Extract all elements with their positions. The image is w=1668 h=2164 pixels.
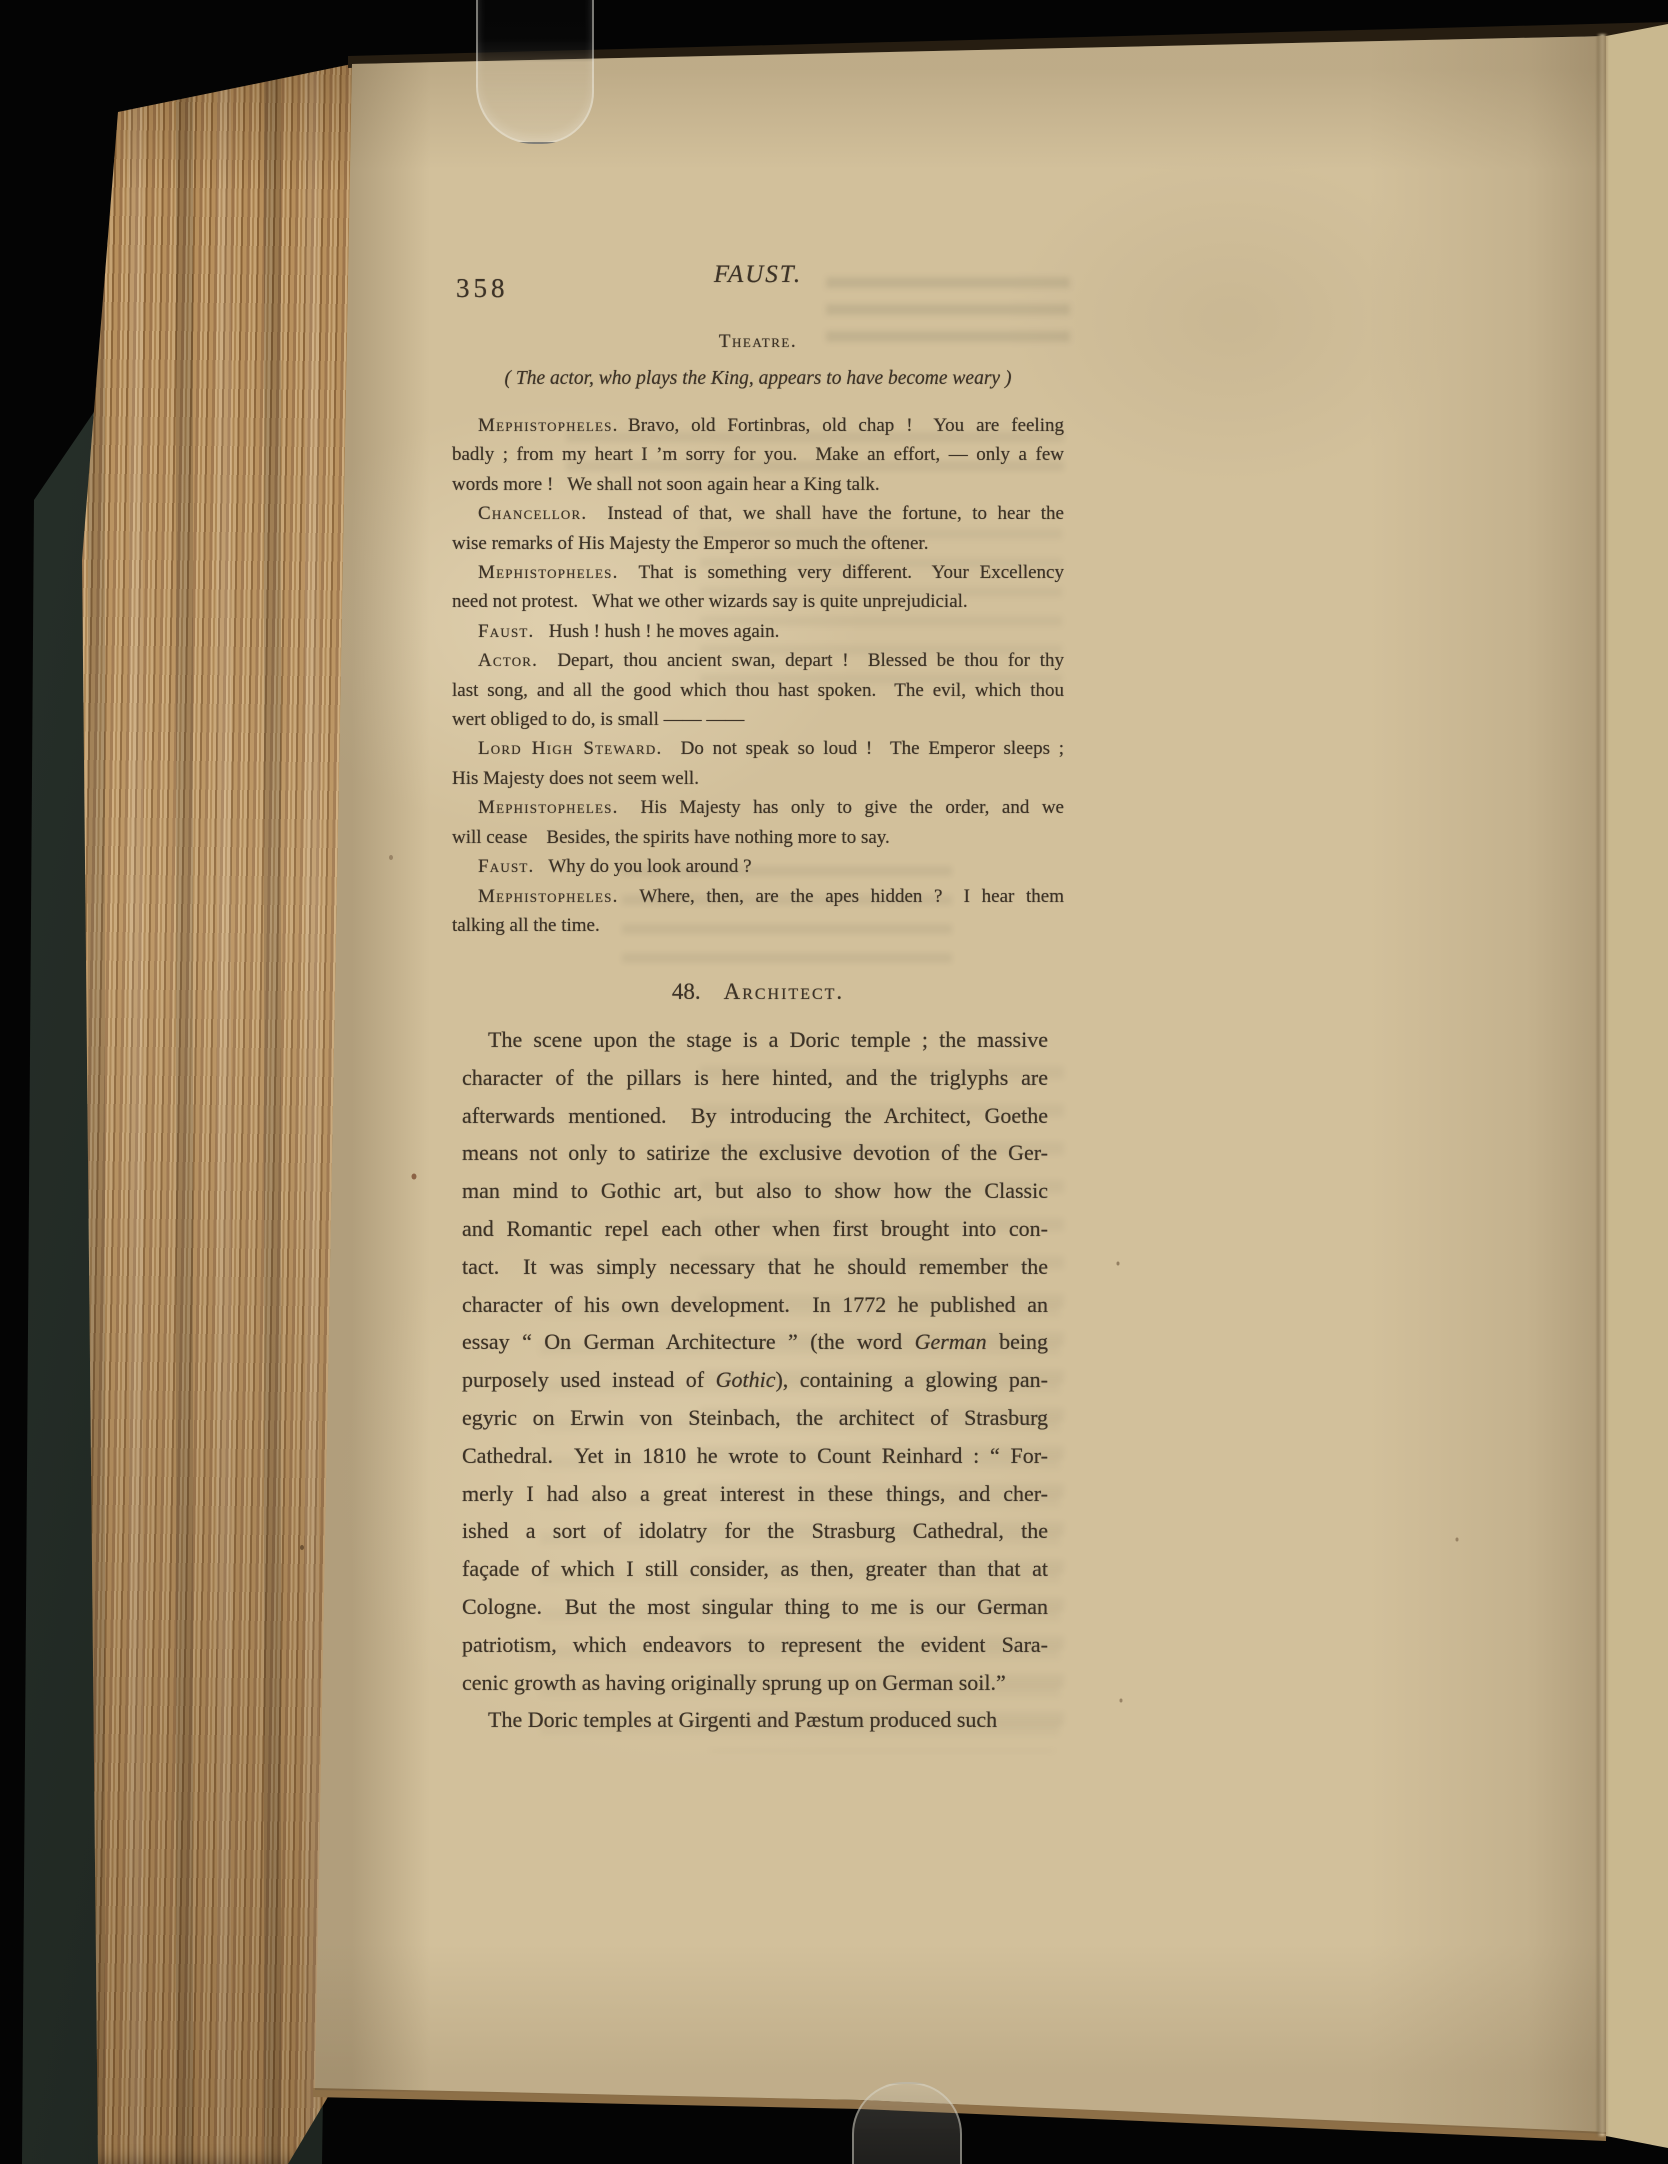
section-title: Architect. xyxy=(724,979,845,1004)
text-line: ished a sort of idolatry for the Strasbu… xyxy=(462,1512,1048,1550)
book-photo: 358 FAUST. Theatre. ( The actor, who pla… xyxy=(0,0,1668,2164)
text-line: egyric on Erwin von Steinbach, the archi… xyxy=(462,1399,1048,1437)
commentary-paragraph: The scene upon the stage is a Doric temp… xyxy=(462,1021,1048,1739)
stage-direction: ( The actor, who plays the King, appears… xyxy=(452,368,1064,390)
text-line: essay “ On German Architecture ” (the wo… xyxy=(462,1323,1048,1361)
section-heading: 48. Architect. xyxy=(452,979,1064,1005)
text-line: Cathedral. Yet in 1810 he wrote to Count… xyxy=(462,1437,1048,1475)
text-line: words more ! We shall not soon again hea… xyxy=(452,470,1064,499)
text-line: façade of which I still consider, as the… xyxy=(462,1550,1048,1588)
text-line: The scene upon the stage is a Doric temp… xyxy=(462,1021,1048,1059)
text-line: Mephistopheles. His Majesty has only to … xyxy=(452,793,1064,822)
text-line: His Majesty does not seem well. xyxy=(452,764,1064,793)
text-line: tact. It was simply necessary that he sh… xyxy=(462,1248,1048,1286)
text-line: need not protest. What we other wizards … xyxy=(452,587,1064,616)
text-line: purposely used instead of Gothic), conta… xyxy=(462,1361,1048,1399)
text-line: merly I had also a great interest in the… xyxy=(462,1475,1048,1513)
text-line: Mephistopheles. Where, then, are the ape… xyxy=(452,882,1064,911)
text-line: Actor. Depart, thou ancient swan, depart… xyxy=(452,646,1064,675)
text-line: Mephistopheles. That is something very d… xyxy=(452,558,1064,587)
text-line: The Doric temples at Girgenti and Pæstum… xyxy=(462,1701,1048,1739)
paper-specks xyxy=(0,0,2,3)
text-line: and Romantic repel each other when first… xyxy=(462,1210,1048,1248)
text-line: last song, and all the good which thou h… xyxy=(452,676,1064,705)
text-line: Faust. Why do you look around ? xyxy=(452,852,1064,881)
scene-heading: Theatre. xyxy=(452,331,1064,353)
text-line: cenic growth as having originally sprung… xyxy=(462,1664,1048,1702)
dialogue-block: Mephistopheles. Bravo, old Fortinbras, o… xyxy=(452,411,1064,940)
text-line: patriotism, which endeavors to represent… xyxy=(462,1626,1048,1664)
text-line: character of his own development. In 177… xyxy=(462,1286,1048,1324)
text-line: Cologne. But the most singular thing to … xyxy=(462,1588,1048,1626)
page-holder-clip-top xyxy=(476,0,594,144)
text-line: wise remarks of His Majesty the Emperor … xyxy=(452,529,1064,558)
text-line: wert obliged to do, is small —— —— xyxy=(452,705,1064,734)
text-line: will cease Besides, the spirits have not… xyxy=(452,823,1064,852)
text-line: badly ; from my heart I ’m sorry for you… xyxy=(452,440,1064,469)
text-line: Chancellor. Instead of that, we shall ha… xyxy=(452,499,1064,528)
section-number: 48. xyxy=(672,979,701,1004)
text-line: means not only to satirize the exclusive… xyxy=(462,1134,1048,1172)
text-line: Mephistopheles. Bravo, old Fortinbras, o… xyxy=(452,411,1064,440)
text-line: Lord High Steward. Do not speak so loud … xyxy=(452,734,1064,763)
text-line: character of the pillars is here hinted,… xyxy=(462,1059,1048,1097)
text-line: man mind to Gothic art, but also to show… xyxy=(462,1172,1048,1210)
text-line: Faust. Hush ! hush ! he moves again. xyxy=(452,617,1064,646)
running-title: FAUST. xyxy=(452,261,1064,289)
text-line: talking all the time. xyxy=(452,911,1064,940)
text-line: afterwards mentioned. By introducing the… xyxy=(462,1097,1048,1135)
